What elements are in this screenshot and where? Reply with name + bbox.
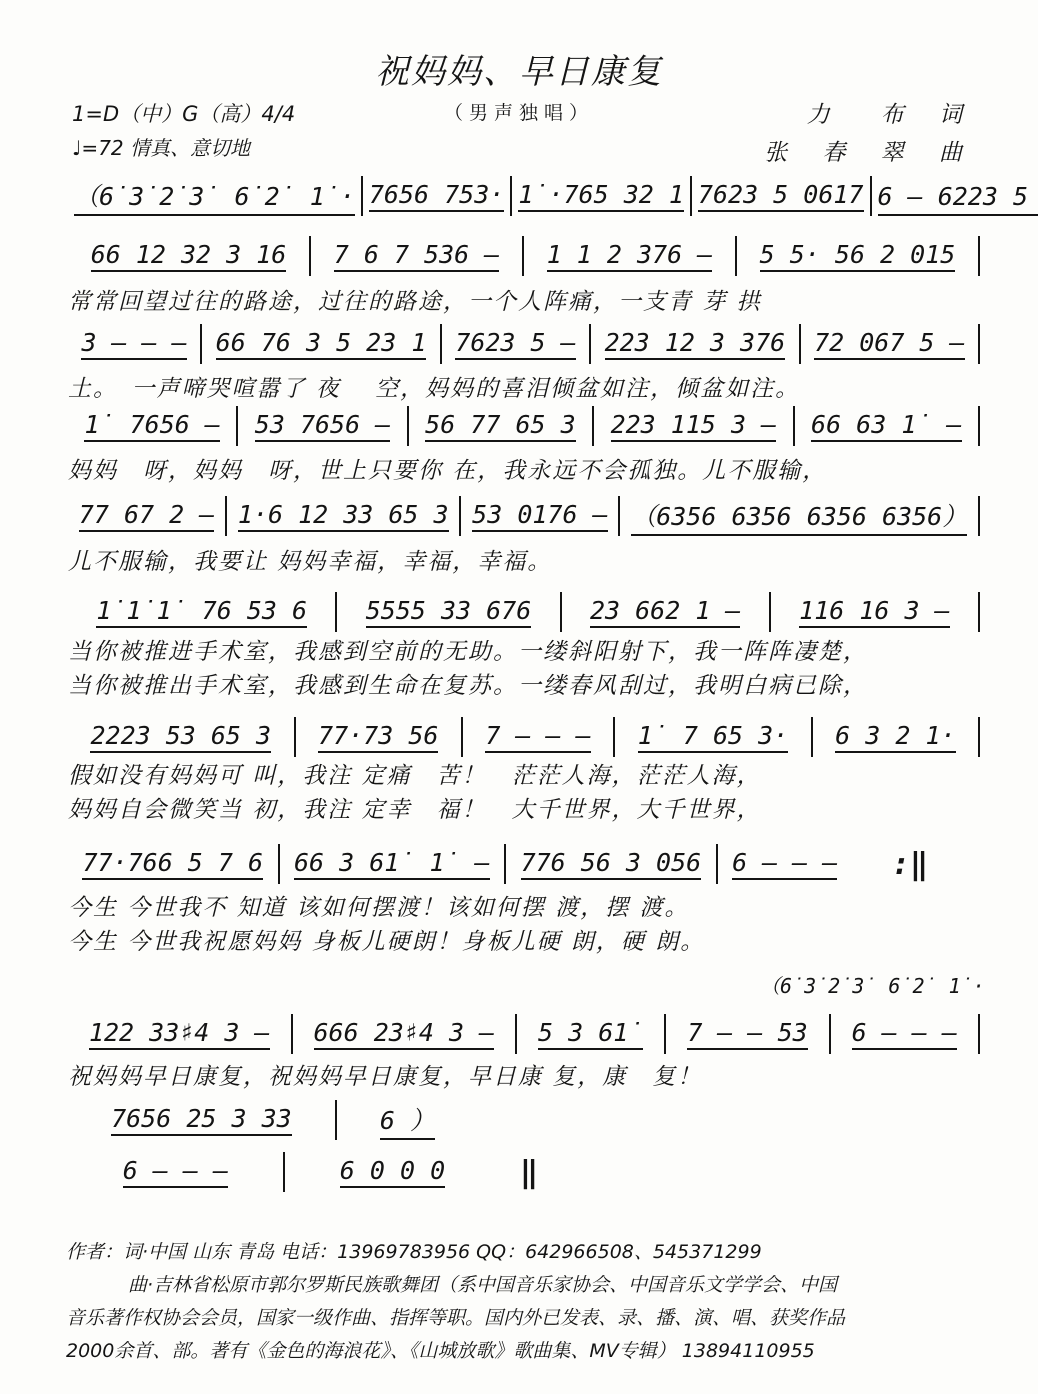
author-line-4: 2000余首、部。著有《金色的海浪花》、《山城放歌》歌曲集、MV专辑） 1389… — [66, 1335, 978, 1368]
measure-notes: 77·766 5 7 6 — [82, 848, 263, 880]
measure-notes: 7623 5 0617 — [698, 180, 864, 212]
author-line-3: 音乐著作权协会会员，国家一级作曲、指挥等职。国内外已发表、录、播、演、唱、获奖作… — [66, 1302, 978, 1335]
score-system: 2223 53 65 377·73 567 – – –1̇ 7 65 3·6 3… — [68, 715, 980, 759]
measure: 7 6 7 536 – — [309, 236, 522, 276]
lyricist-credit: 力 布 词 — [807, 96, 976, 129]
score-system: 1̇ 7656 –53 7656 –56 77 65 3223 115 3 –6… — [68, 404, 980, 448]
measure: 77·766 5 7 6 — [68, 844, 278, 884]
composer-credit: 张 春 翠 曲 — [764, 134, 976, 167]
measure: 6 – – – — [68, 1152, 283, 1192]
measure: 66 63 1̇ – — [793, 406, 980, 446]
measure-notes: 7 – – 53 — [687, 1018, 807, 1050]
measure: 5 3 61̇ — [515, 1014, 664, 1054]
measure: 5555 33 676 — [335, 592, 559, 632]
measure-notes: 776 56 3 056 — [521, 848, 702, 880]
measure-notes: 7623 5 – — [455, 328, 575, 360]
measure: 7623 5 – — [440, 324, 589, 364]
measure: 1̇ 7 65 3· — [613, 717, 810, 757]
measure: 776 56 3 056 — [504, 844, 716, 884]
song-title: 祝妈妈、早日康复 — [0, 44, 1038, 93]
lyric-line: 当你被推进手术室，我感到空前的无助。一缕斜阳射下，我一阵阵凄楚， — [68, 633, 868, 666]
measure-notes: 6 – 6223 5 ） — [878, 177, 1038, 216]
measure: 1̇·765 32 1 — [510, 176, 690, 216]
measure-notes: 1·6 12 33 65 3 — [238, 500, 449, 532]
measure-notes: 66 12 32 3 16 — [91, 240, 287, 272]
lyric-line: 今生 今世我祝愿妈妈 身板儿硬朗！身板儿硬 朗，硬 朗。 — [68, 923, 705, 956]
measure: 5 5· 56 2 015 — [735, 236, 980, 276]
measure-notes: 6 3 2 1· — [835, 721, 955, 753]
measure-notes: 5 3 61̇ — [538, 1018, 643, 1050]
measure: 66 12 32 3 16 — [68, 236, 309, 276]
tempo-marking: ♩=72 情真、意切地 — [72, 132, 250, 161]
measure: 223 12 3 376 — [589, 324, 799, 364]
measure-notes: 7656 25 3 33 — [111, 1104, 292, 1136]
measure-notes: 1̇ 7656 – — [84, 410, 219, 442]
measure: 7623 5 0617 — [690, 176, 870, 216]
lyric-line: 妈妈 呀，妈妈 呀，世上只要你 在，我永远不会孤独。儿不服输， — [68, 452, 827, 485]
measure: 6 – – – — [716, 844, 852, 884]
measure: 6 – 6223 5 ） — [870, 176, 1038, 216]
measure: 6 3 2 1· — [811, 717, 980, 757]
measure: 122 33♯4 3 – — [68, 1014, 291, 1054]
measure-notes: 6 – – – — [123, 1156, 228, 1188]
measure: 3 – – – — [68, 324, 200, 364]
measure: 223 115 3 – — [592, 406, 792, 446]
measure: 7 – – 53 — [664, 1014, 828, 1054]
measure-notes: 77 67 2 – — [79, 500, 214, 532]
measure-notes: 66 3 61̇ 1̇ – — [294, 848, 490, 880]
measure: 1 1 2 376 – — [522, 236, 735, 276]
score-system: 1̇1̇1̇ 76 53 65555 33 67623 662 1 –116 1… — [68, 590, 980, 634]
measure: 23 662 1 – — [560, 592, 769, 632]
measure: 7 – – – — [461, 717, 613, 757]
author-line-1: 作者：词·中国 山东 青岛 电话：13969783956 QQ：64296650… — [66, 1236, 978, 1269]
measure-notes: （6̇3̇2̇3̇ 6̇2̇ 1̇· — [74, 177, 355, 216]
measure-notes: （6356 6356 6356 6356） — [631, 497, 967, 536]
measure: 56 77 65 3 — [407, 406, 592, 446]
measure: 1·6 12 33 65 3 — [225, 496, 459, 536]
measure: （6̇3̇2̇3̇ 6̇2̇ 1̇· — [68, 176, 361, 216]
measure-notes: 77·73 56 — [318, 721, 438, 753]
measure-notes: 6 – – – — [852, 1018, 957, 1050]
lyric-line: 今生 今世我不 知道 该如何摆渡！该如何摆 渡，摆 渡。 — [68, 889, 690, 922]
measure-notes: 23 662 1 – — [590, 596, 741, 628]
measure: 66 76 3 5 23 1 — [200, 324, 440, 364]
interlude-overlay: （6̇3̇2̇3̇ 6̇2̇ 1̇· — [760, 962, 958, 1006]
repeat-end-barline: :‖ — [892, 847, 928, 882]
measure-notes: 1 1 2 376 – — [547, 240, 713, 272]
measure-notes: 5 5· 56 2 015 — [760, 240, 956, 272]
measure-notes: 1̇·765 32 1 — [518, 180, 684, 212]
measure-notes: 6 ） — [380, 1101, 435, 1140]
measure-notes: 66 63 1̇ – — [811, 410, 962, 442]
lyric-line: 常常回望过往的路途，过往的路途，一个人阵痛，一支青 芽 拱 — [68, 283, 762, 316]
measure-notes: 122 33♯4 3 – — [89, 1018, 270, 1050]
lyric-line: 祝妈妈早日康复，祝妈妈早日康复，早日康 复，康 复！ — [68, 1058, 702, 1091]
lyric-line: 妈妈自会微笑当 初，我注 定幸 福！ 大千世界，大千世界， — [68, 791, 762, 824]
measure: 6 0 0 0 — [283, 1152, 500, 1192]
measure-notes: 116 16 3 – — [799, 596, 950, 628]
measure: 53 7656 – — [236, 406, 406, 446]
measure-notes: 72 067 5 – — [814, 328, 965, 360]
measure-notes: 7 6 7 536 – — [334, 240, 500, 272]
lyric-line: 土。 一声啼哭喧嚣了 夜 空，妈妈的喜泪倾盆如注，倾盆如注。 — [68, 370, 800, 403]
measure: 66 3 61̇ 1̇ – — [278, 844, 505, 884]
measure-notes: 1̇ 7 65 3· — [638, 721, 789, 753]
measure-notes: 666 23♯4 3 – — [314, 1018, 495, 1050]
measure-notes: 53 0176 – — [472, 500, 607, 532]
measure-notes: 7656 753· — [369, 180, 504, 212]
author-info: 作者：词·中国 山东 青岛 电话：13969783956 QQ：64296650… — [66, 1236, 978, 1368]
measure: 6 – – – — [829, 1014, 980, 1054]
score-system: 3 – – –66 76 3 5 23 17623 5 –223 12 3 37… — [68, 322, 980, 366]
measure-notes: 7 – – – — [485, 721, 590, 753]
score-system: 122 33♯4 3 –666 23♯4 3 –5 3 61̇7 – – 536… — [68, 1012, 980, 1056]
measure: 72 067 5 – — [799, 324, 980, 364]
score-system: 77·766 5 7 666 3 61̇ 1̇ –776 56 3 0566 –… — [68, 842, 928, 886]
measure-notes: 223 115 3 – — [611, 410, 777, 442]
measure: 7656 25 3 33 — [68, 1100, 335, 1140]
measure: 77 67 2 – — [68, 496, 225, 536]
measure: 6 ） — [335, 1100, 478, 1140]
measure-notes: 223 12 3 376 — [605, 328, 786, 360]
measure: （6356 6356 6356 6356） — [618, 496, 980, 536]
score-system: （6̇3̇2̇3̇ 6̇2̇ 1̇·7656 753·1̇·765 32 176… — [68, 174, 980, 218]
measure-notes: 56 77 65 3 — [425, 410, 576, 442]
measure: 1̇ 7656 – — [68, 406, 236, 446]
lyric-line: 儿不服输，我要让 妈妈幸福，幸福，幸福。 — [68, 543, 552, 576]
measure-notes: 6 0 0 0 — [340, 1156, 445, 1188]
lyric-line: 假如没有妈妈可 叫，我注 定痛 苦！ 茫茫人海，茫茫人海， — [68, 757, 762, 790]
measure-notes: 66 76 3 5 23 1 — [216, 328, 427, 360]
lyric-line: 当你被推出手术室，我感到生命在复苏。一缕春风刮过，我明白病已除， — [68, 667, 868, 700]
measure: 2223 53 65 3 — [68, 717, 294, 757]
measure: 1̇1̇1̇ 76 53 6 — [68, 592, 335, 632]
measure-notes: 2223 53 65 3 — [90, 721, 271, 753]
measure-notes: 5555 33 676 — [366, 596, 532, 628]
measure-notes: 6 – – – — [732, 848, 837, 880]
score-system: 66 12 32 3 167 6 7 536 –1 1 2 376 –5 5· … — [68, 234, 980, 278]
measure: 7656 753· — [361, 176, 510, 216]
measure: 53 0176 – — [459, 496, 618, 536]
measure: 116 16 3 – — [769, 592, 980, 632]
score-system: 7656 25 3 336 ） — [68, 1098, 478, 1142]
score-system: 77 67 2 –1·6 12 33 65 353 0176 –（6356 63… — [68, 494, 980, 538]
measure: 77·73 56 — [294, 717, 461, 757]
measure: 666 23♯4 3 – — [291, 1014, 516, 1054]
measure-notes: 53 7656 – — [255, 410, 390, 442]
author-line-2: 曲·吉林省松原市郭尔罗斯民族歌舞团（系中国音乐家协会、中国音乐文学学会、中国 — [66, 1269, 978, 1302]
key-signature: 1=D（中）G（高）4/4 — [72, 98, 295, 128]
score-system: 6 – – –6 0 0 0‖ — [68, 1150, 538, 1194]
measure-notes: 1̇1̇1̇ 76 53 6 — [96, 596, 307, 628]
final-barline: ‖ — [520, 1155, 538, 1190]
measure-notes: 3 – – – — [81, 328, 186, 360]
